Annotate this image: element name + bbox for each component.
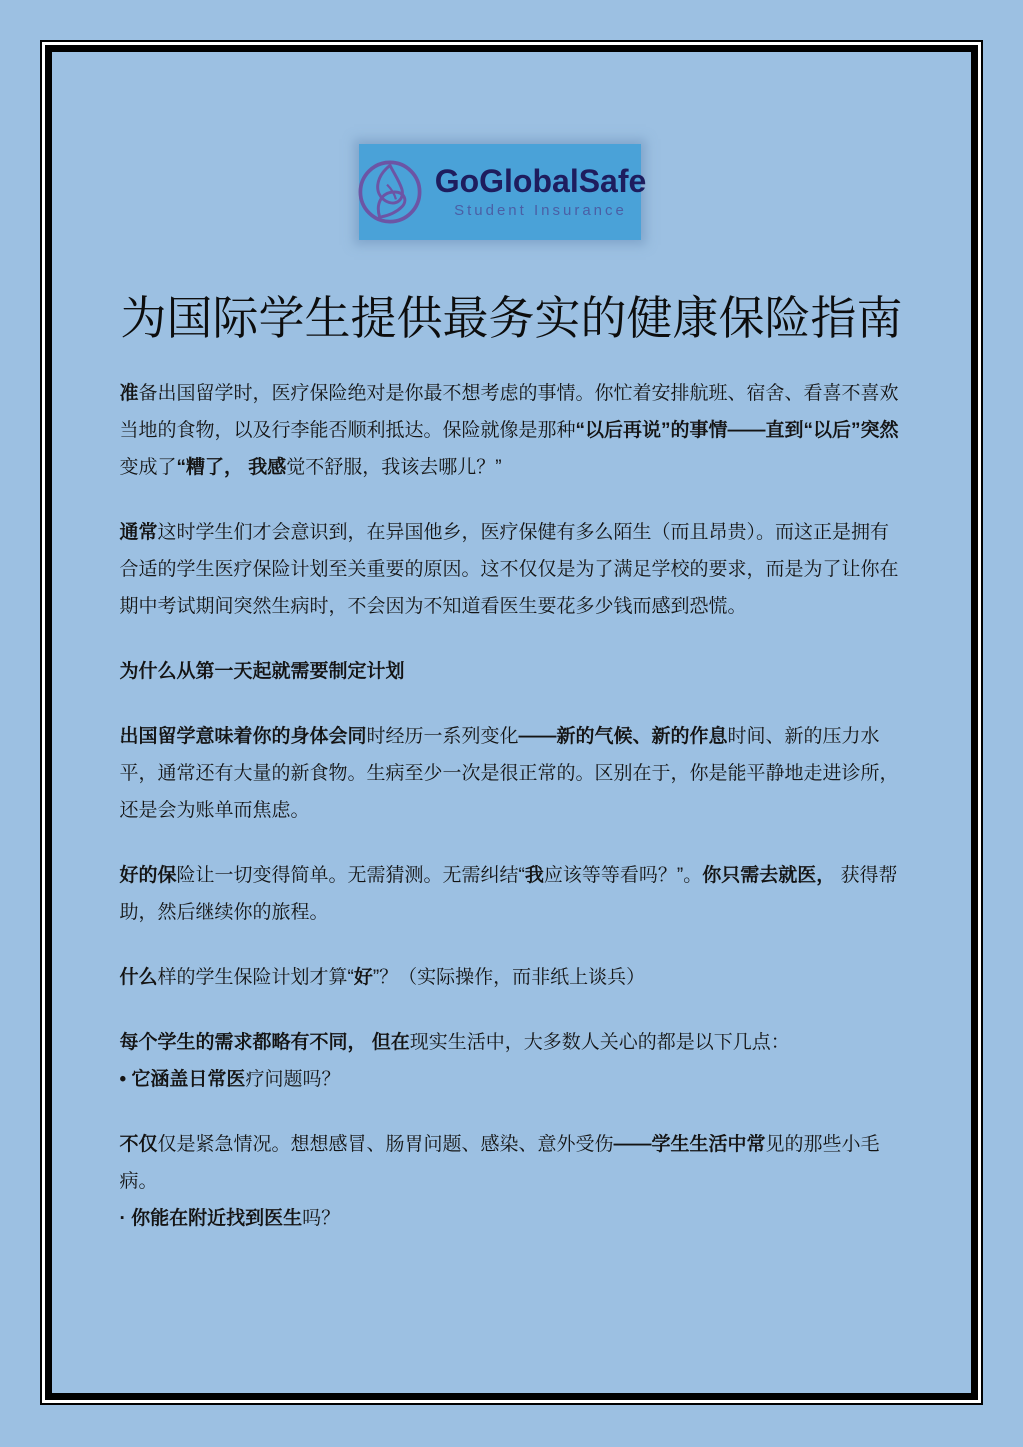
bold-text-run: · 你能在附近找到医生 [120,1208,303,1229]
paragraph: 通常这时学生们才会意识到，在异国他乡，医疗保健有多么陌生（而且昂贵）。而这正是拥… [120,514,904,625]
page-background: { "page": { "background_color": "#9cc0e2… [0,0,1023,1447]
paragraph: 出国留学意味着你的身体会同时经历一系列变化——新的气候、新的作息时间、新的压力水… [120,718,904,829]
paragraph: 好的保险让一切变得简单。无需猜测。无需纠结“我应该等等看吗？”。你只需去就医， … [120,857,904,931]
text-run: 吗？ [302,1208,340,1229]
bold-text-run: 每个学生的需求都略有不同， 但在 [120,1032,410,1053]
bold-text-run: 好的保 [120,865,177,886]
bullet-item: · 你能在附近找到医生吗？ [120,1200,904,1237]
logo-text: GoGlobalSafe Student Insurance [435,164,647,220]
bold-text-run: 我 [525,865,544,886]
bold-text-run: “糟了， 我感 [177,457,287,478]
bold-text-run: 好 [354,967,373,988]
text-run: 疗问题吗？ [245,1069,340,1090]
body-text: 准备出国留学时，医疗保险绝对是你最不想考虑的事情。你忙着安排航班、宿舍、看喜不喜… [120,375,904,1237]
text-run: 现实生活中，大多数人关心的都是以下几点： [410,1032,790,1053]
page-frame-inner: GoGlobalSafe Student Insurance 为国际学生提供最务… [45,45,978,1400]
section-heading: 为什么从第一天起就需要制定计划 [120,653,904,690]
logo-box: GoGlobalSafe Student Insurance [359,144,641,240]
logo-name: GoGlobalSafe [435,164,647,199]
paragraph: 不仅仅是紧急情况。想想感冒、肠胃问题、感染、意外受伤——学生生活中常见的那些小毛… [120,1126,904,1200]
text-run: ”？（实际操作，而非纸上谈兵） [373,967,645,988]
bold-text-run: 通常 [120,522,158,543]
paragraph: 每个学生的需求都略有不同， 但在现实生活中，大多数人关心的都是以下几点： • 它… [120,1024,904,1098]
paragraph: 准备出国留学时，医疗保险绝对是你最不想考虑的事情。你忙着安排航班、宿舍、看喜不喜… [120,375,904,486]
text-run: 应该等等看吗？”。 [544,865,702,886]
bold-text-run: • 它涵盖日常医 [120,1069,246,1090]
text-run: 时经历一系列变化 [367,726,519,747]
document-content: GoGlobalSafe Student Insurance 为国际学生提供最务… [52,144,971,1237]
text-run: 仅是紧急情况。想想感冒、肠胃问题、感染、意外受伤 [158,1134,614,1155]
text-run: 样的学生保险计划才算“ [158,967,354,988]
text-run: 变成了 [120,457,177,478]
paragraph: 什么样的学生保险计划才算“好”？（实际操作，而非纸上谈兵） [120,959,904,996]
bold-text-run: 出国留学意味着你的身体会同 [120,726,367,747]
bold-text-run: ——新的气候、新的作息 [519,726,728,747]
bold-text-run: 准 [120,383,139,404]
bold-text-run: 不仅 [120,1134,158,1155]
text-run: 觉不舒服，我该去哪儿？” [286,457,501,478]
bold-text-run: ——学生生活中常 [614,1134,766,1155]
bold-text-run: “以后再说”的事情——直到“以后”突然 [576,420,899,441]
bold-text-run: 你只需去就医， [702,865,840,886]
document-title: 为国际学生提供最务实的健康保险指南 [118,284,905,353]
text-run: 险让一切变得简单。无需猜测。无需纠结“ [177,865,525,886]
page-frame: GoGlobalSafe Student Insurance 为国际学生提供最务… [40,40,983,1405]
bold-text-run: 为什么从第一天起就需要制定计划 [120,661,405,682]
globe-leaf-circle-icon [353,155,427,229]
logo-tagline: Student Insurance [435,203,647,220]
bold-text-run: 什么 [120,967,158,988]
text-run: 这时学生们才会意识到，在异国他乡，医疗保健有多么陌生（而且昂贵）。而这正是拥有合… [120,522,899,617]
